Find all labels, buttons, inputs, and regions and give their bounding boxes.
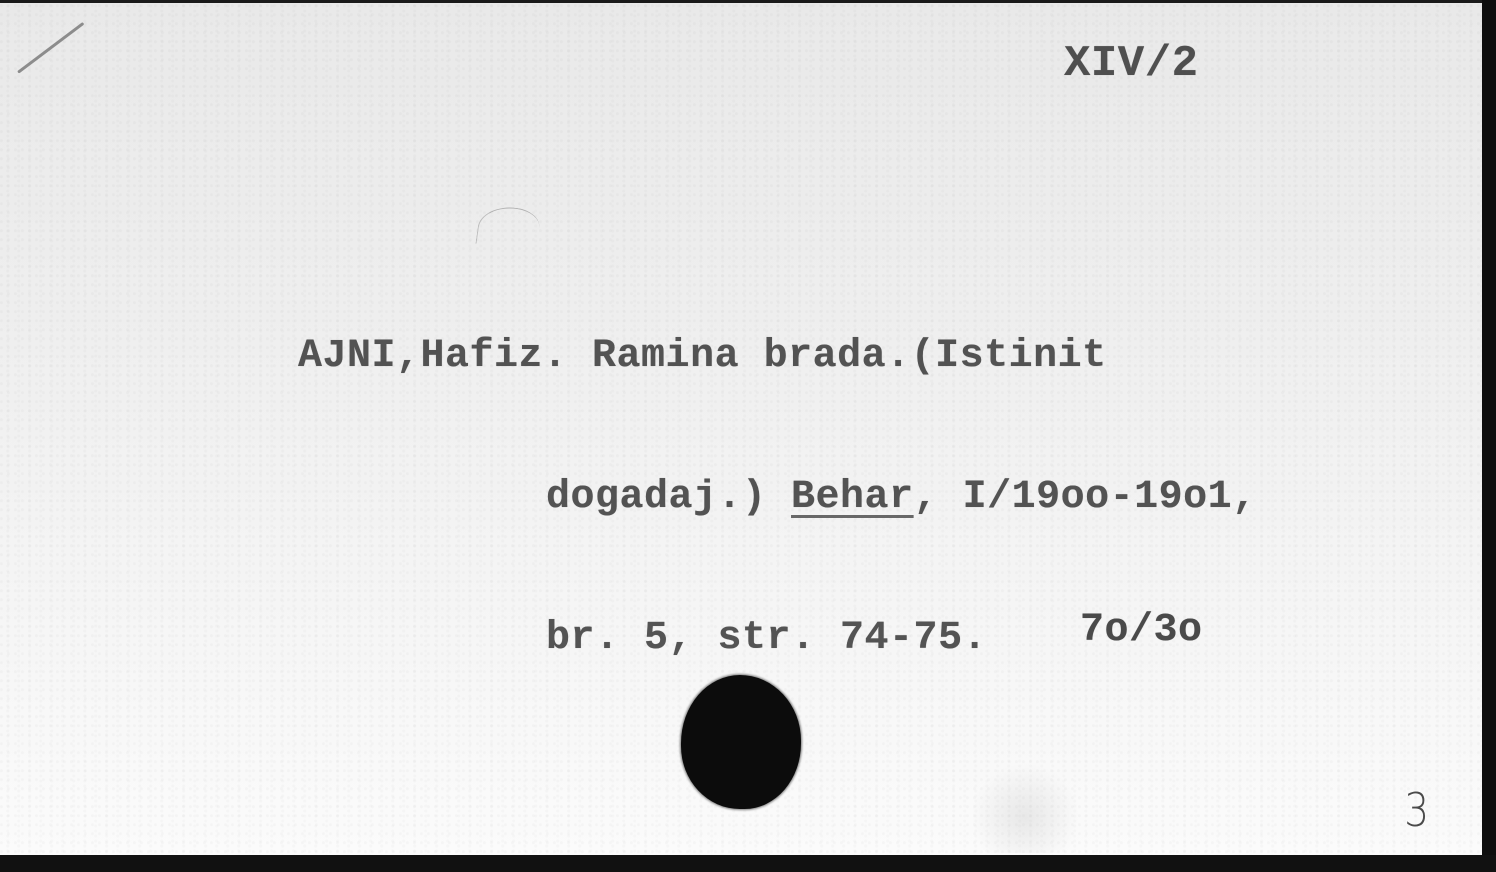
handwritten-card-number: 3 bbox=[1404, 783, 1429, 837]
journal-volume: , I/19oo-19o1, bbox=[914, 475, 1257, 520]
smudge bbox=[970, 763, 1080, 853]
entry-line-author-title: AJNI,Hafiz. Ramina brada.(Istinit bbox=[298, 333, 1257, 380]
entry-subtitle-end: dogadaj.) bbox=[546, 475, 791, 520]
scan-border-bottom bbox=[0, 855, 1496, 872]
call-number: XIV/2 bbox=[1064, 41, 1199, 88]
catalog-card: XIV/2 AJNI,Hafiz. Ramina brada.(Istinit … bbox=[0, 3, 1482, 855]
accession-number: 7o/3o bbox=[1080, 607, 1203, 654]
pencil-mark bbox=[17, 22, 84, 74]
entry-line-source: dogadaj.) Behar, I/19oo-19o1, bbox=[298, 474, 1257, 521]
bibliographic-entry: AJNI,Hafiz. Ramina brada.(Istinit dogada… bbox=[298, 239, 1257, 756]
journal-title: Behar bbox=[791, 475, 914, 520]
scan-border-right bbox=[1482, 0, 1496, 872]
punch-hole bbox=[681, 675, 801, 809]
